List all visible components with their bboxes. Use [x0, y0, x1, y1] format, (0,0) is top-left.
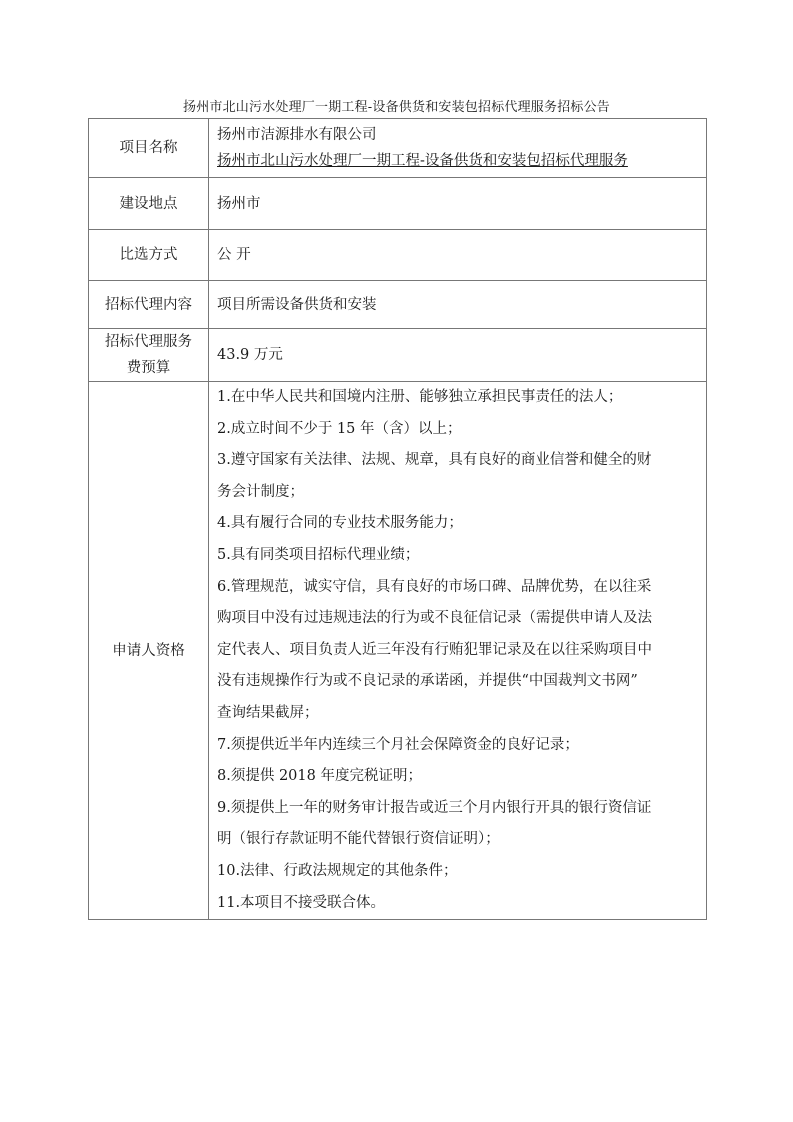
qualification-line: 4.具有履行合同的专业技术服务能力； — [217, 508, 706, 540]
qualification-line: 1.在中华人民共和国境内注册、能够独立承担民事责任的法人； — [217, 382, 706, 414]
value-budget: 43.9 万元 — [209, 329, 707, 382]
value-agency-content: 项目所需设备供货和安装 — [209, 281, 707, 329]
owner-company: 扬州市洁源排水有限公司 — [217, 122, 706, 148]
qualification-line: 7.须提供近半年内连续三个月社会保障资金的良好记录； — [217, 730, 706, 762]
qualification-line: 6.管理规范，诚实守信，具有良好的市场口碑、品牌优势，在以往采 — [217, 572, 706, 604]
value-selection-method: 公 开 — [209, 230, 707, 281]
project-full-name: 扬州市北山污水处理厂一期工程-设备供货和安装包招标代理服务 — [217, 148, 706, 174]
qualification-line: 9.须提供上一年的财务审计报告或近三个月内银行开具的银行资信证 — [217, 793, 706, 825]
value-project-name: 扬州市洁源排水有限公司 扬州市北山污水处理厂一期工程-设备供货和安装包招标代理服… — [209, 119, 707, 178]
qualification-line: 10.法律、行政法规规定的其他条件； — [217, 856, 706, 888]
label-selection-method: 比选方式 — [89, 230, 209, 281]
row-selection-method: 比选方式 公 开 — [89, 230, 707, 281]
label-budget: 招标代理服务 费预算 — [89, 329, 209, 382]
document-title: 扬州市北山污水处理厂一期工程-设备供货和安装包招标代理服务招标公告 — [0, 96, 793, 115]
qualification-line: 2.成立时间不少于 15 年（含）以上； — [217, 414, 706, 446]
label-location: 建设地点 — [89, 178, 209, 230]
qualification-line: 明（银行存款证明不能代替银行资信证明）； — [217, 824, 706, 856]
qualification-line: 购项目中没有过违规违法的行为或不良征信记录（需提供申请人及法 — [217, 603, 706, 635]
qualification-line: 3.遵守国家有关法律、法规、规章，具有良好的商业信誉和健全的财 — [217, 445, 706, 477]
value-qualifications: 1.在中华人民共和国境内注册、能够独立承担民事责任的法人； 2.成立时间不少于 … — [209, 382, 707, 920]
row-qualifications: 申请人资格 1.在中华人民共和国境内注册、能够独立承担民事责任的法人； 2.成立… — [89, 382, 707, 920]
qualification-line: 没有违规操作行为或不良记录的承诺函，并提供“中国裁判文书网” — [217, 666, 706, 698]
row-agency-content: 招标代理内容 项目所需设备供货和安装 — [89, 281, 707, 329]
qualification-line: 8.须提供 2018 年度完税证明； — [217, 761, 706, 793]
row-project-name: 项目名称 扬州市洁源排水有限公司 扬州市北山污水处理厂一期工程-设备供货和安装包… — [89, 119, 707, 178]
label-budget-line-2: 费预算 — [89, 355, 208, 381]
row-budget: 招标代理服务 费预算 43.9 万元 — [89, 329, 707, 382]
label-project-name: 项目名称 — [89, 119, 209, 178]
qualification-line: 定代表人、项目负责人近三年没有行贿犯罪记录及在以往采购项目中 — [217, 635, 706, 667]
qualification-line: 务会计制度； — [217, 477, 706, 509]
label-qualifications: 申请人资格 — [89, 382, 209, 920]
value-location: 扬州市 — [209, 178, 707, 230]
qualification-line: 查询结果截屏； — [217, 698, 706, 730]
tender-info-table: 项目名称 扬州市洁源排水有限公司 扬州市北山污水处理厂一期工程-设备供货和安装包… — [88, 118, 707, 920]
qualification-line: 11.本项目不接受联合体。 — [217, 888, 706, 920]
label-agency-content: 招标代理内容 — [89, 281, 209, 329]
row-location: 建设地点 扬州市 — [89, 178, 707, 230]
qualification-line: 5.具有同类项目招标代理业绩； — [217, 540, 706, 572]
label-budget-line-1: 招标代理服务 — [89, 329, 208, 355]
